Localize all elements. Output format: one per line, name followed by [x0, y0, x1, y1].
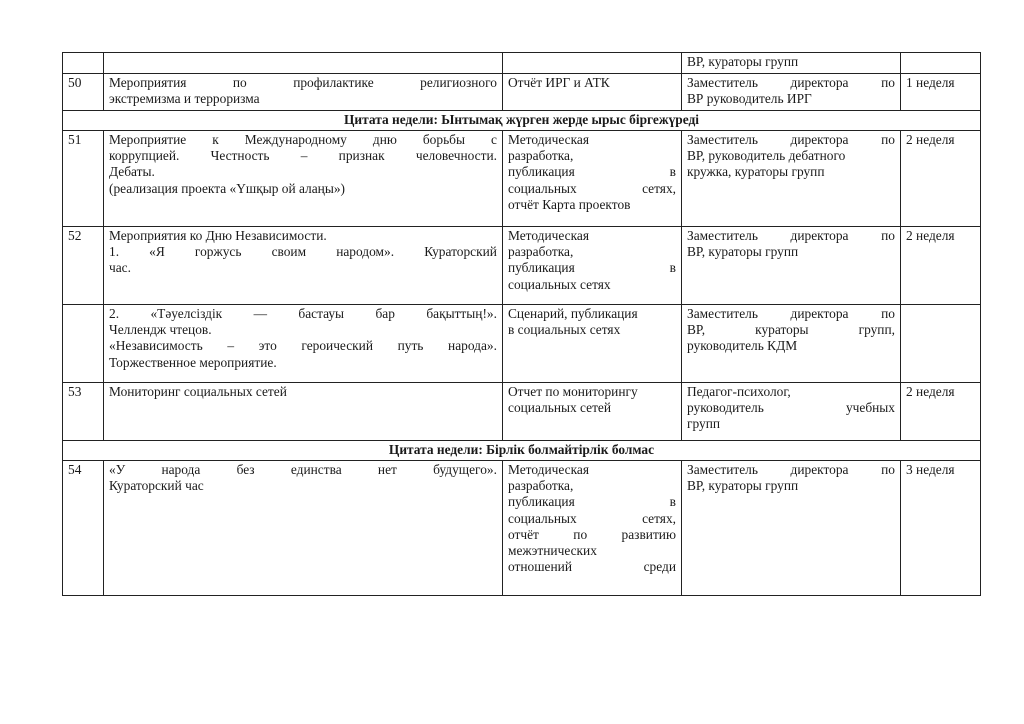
quote-of-week-row: Цитата недели: Бірлік болмайтірлік болма…	[63, 441, 981, 461]
title-line: Кураторский час	[109, 478, 497, 494]
responsible-line: руководительучебных	[687, 400, 895, 416]
event-title: Мероприятияпопрофилактикерелигиозного эк…	[104, 74, 503, 111]
row-number	[63, 305, 104, 383]
form-line: публикацияв	[508, 494, 676, 510]
responsible: Заместительдиректорапо ВР,кураторыгрупп,…	[682, 305, 901, 383]
responsible-line: Заместительдиректорапо	[687, 462, 895, 478]
responsible-line: ВР руководитель ИРГ	[687, 91, 895, 107]
deadline: 2 неделя	[901, 131, 981, 227]
row-number	[63, 53, 104, 74]
row-number: 53	[63, 383, 104, 441]
quote-of-week: Цитата недели: Ынтымақ жүрген жерде ырыс…	[63, 111, 981, 131]
row-number: 51	[63, 131, 104, 227]
responsible: Заместительдиректорапо ВР, руководитель …	[682, 131, 901, 227]
responsible: Заместительдиректорапо ВР, кураторы груп…	[682, 227, 901, 305]
form-line: Сценарий, публикация	[508, 306, 676, 322]
title-line: «Независимость–этогероическийпутьнарода»…	[109, 338, 497, 354]
responsible: Заместительдиректорапо ВР, кураторы груп…	[682, 461, 901, 596]
responsible: Заместительдиректорапо ВР руководитель И…	[682, 74, 901, 111]
title-line: «Ународабезединстванетбудущего».	[109, 462, 497, 478]
title-line: 1.«Ягоржусьсвоимнародом».Кураторский	[109, 244, 497, 260]
form-line: межэтнических	[508, 543, 676, 559]
table-row: 52 Мероприятия ко Дню Независимости. 1.«…	[63, 227, 981, 305]
deadline	[901, 53, 981, 74]
report-form: Отчёт ИРГ и АТК	[503, 74, 682, 111]
report-form	[503, 53, 682, 74]
deadline: 2 неделя	[901, 383, 981, 441]
form-line: социальныхсетях,	[508, 181, 676, 197]
title-line: 2.«Тәуелсіздік—бастауыбарбақыттың!».	[109, 306, 497, 322]
form-line: Методическая	[508, 132, 676, 148]
quote-of-week: Цитата недели: Бірлік болмайтірлік болма…	[63, 441, 981, 461]
title-line: Торжественное мероприятие.	[109, 355, 497, 371]
form-line: в социальных сетях	[508, 322, 676, 338]
form-line: Методическая	[508, 462, 676, 478]
deadline: 2 неделя	[901, 227, 981, 305]
report-form: Методическая разработка, публикацияв соц…	[503, 461, 682, 596]
title-line: Челлендж чтецов.	[109, 322, 497, 338]
event-title	[104, 53, 503, 74]
title-line: Дебаты.	[109, 164, 497, 180]
table-row: 2.«Тәуелсіздік—бастауыбарбақыттың!». Чел…	[63, 305, 981, 383]
form-line: разработка,	[508, 148, 676, 164]
responsible-line: Заместительдиректорапо	[687, 306, 895, 322]
responsible-line: Заместительдиректорапо	[687, 75, 895, 91]
title-line: МероприятиекМеждународномуднюборьбыс	[109, 132, 497, 148]
responsible-line: Заместительдиректорапо	[687, 132, 895, 148]
deadline: 1 неделя	[901, 74, 981, 111]
form-line: разработка,	[508, 478, 676, 494]
responsible-line: ВР,кураторыгрупп,	[687, 322, 895, 338]
deadline: 3 неделя	[901, 461, 981, 596]
row-number: 50	[63, 74, 104, 111]
responsible-line: ВР, кураторы групп	[687, 478, 895, 494]
responsible-line: руководитель КДМ	[687, 338, 895, 354]
event-title: 2.«Тәуелсіздік—бастауыбарбақыттың!». Чел…	[104, 305, 503, 383]
responsible-line: групп	[687, 416, 895, 432]
table-row: 51 МероприятиекМеждународномуднюборьбыс …	[63, 131, 981, 227]
form-line: социальных сетях	[508, 277, 676, 293]
report-form: Методическая разработка, публикацияв соц…	[503, 131, 682, 227]
title-line: коррупцией.Честность–признакчеловечности…	[109, 148, 497, 164]
form-line: Отчет по мониторингу	[508, 384, 676, 400]
form-line: разработка,	[508, 244, 676, 260]
event-plan-table: ВР, кураторы групп 50 Мероприятияпопрофи…	[62, 52, 981, 596]
responsible-line: ВР, руководитель дебатного	[687, 148, 895, 164]
row-number: 54	[63, 461, 104, 596]
deadline	[901, 305, 981, 383]
responsible-line: Заместительдиректорапо	[687, 228, 895, 244]
event-title: Мониторинг социальных сетей	[104, 383, 503, 441]
event-title: МероприятиекМеждународномуднюборьбыс кор…	[104, 131, 503, 227]
table-row: 50 Мероприятияпопрофилактикерелигиозного…	[63, 74, 981, 111]
form-line: отчёт Карта проектов	[508, 197, 676, 213]
responsible: ВР, кураторы групп	[682, 53, 901, 74]
responsible-line: Педагог-психолог,	[687, 384, 895, 400]
title-line: час.	[109, 260, 497, 276]
title-line: Мероприятия ко Дню Независимости.	[109, 228, 497, 244]
table-row: 54 «Ународабезединстванетбудущего». Кура…	[63, 461, 981, 596]
form-line: социальных сетей	[508, 400, 676, 416]
form-line: отношенийсреди	[508, 559, 676, 575]
row-number: 52	[63, 227, 104, 305]
event-title: Мероприятия ко Дню Независимости. 1.«Яго…	[104, 227, 503, 305]
form-line: публикацияв	[508, 164, 676, 180]
quote-of-week-row: Цитата недели: Ынтымақ жүрген жерде ырыс…	[63, 111, 981, 131]
form-line: социальныхсетях,	[508, 511, 676, 527]
table-row: 53 Мониторинг социальных сетей Отчет по …	[63, 383, 981, 441]
responsible-line: ВР, кураторы групп	[687, 244, 895, 260]
table-row: ВР, кураторы групп	[63, 53, 981, 74]
title-line: экстремизма и терроризма	[109, 91, 497, 107]
responsible-line: кружка, кураторы групп	[687, 164, 895, 180]
report-form: Сценарий, публикация в социальных сетях	[503, 305, 682, 383]
report-form: Отчет по мониторингу социальных сетей	[503, 383, 682, 441]
title-line: (реализация проекта «Үшқыр ой алаңы»)	[109, 181, 497, 197]
form-line: Методическая	[508, 228, 676, 244]
title-line: Мероприятияпопрофилактикерелигиозного	[109, 75, 497, 91]
form-line: публикацияв	[508, 260, 676, 276]
responsible: Педагог-психолог, руководительучебных гр…	[682, 383, 901, 441]
report-form: Методическая разработка, публикацияв соц…	[503, 227, 682, 305]
form-line: отчётпоразвитию	[508, 527, 676, 543]
event-title: «Ународабезединстванетбудущего». Куратор…	[104, 461, 503, 596]
